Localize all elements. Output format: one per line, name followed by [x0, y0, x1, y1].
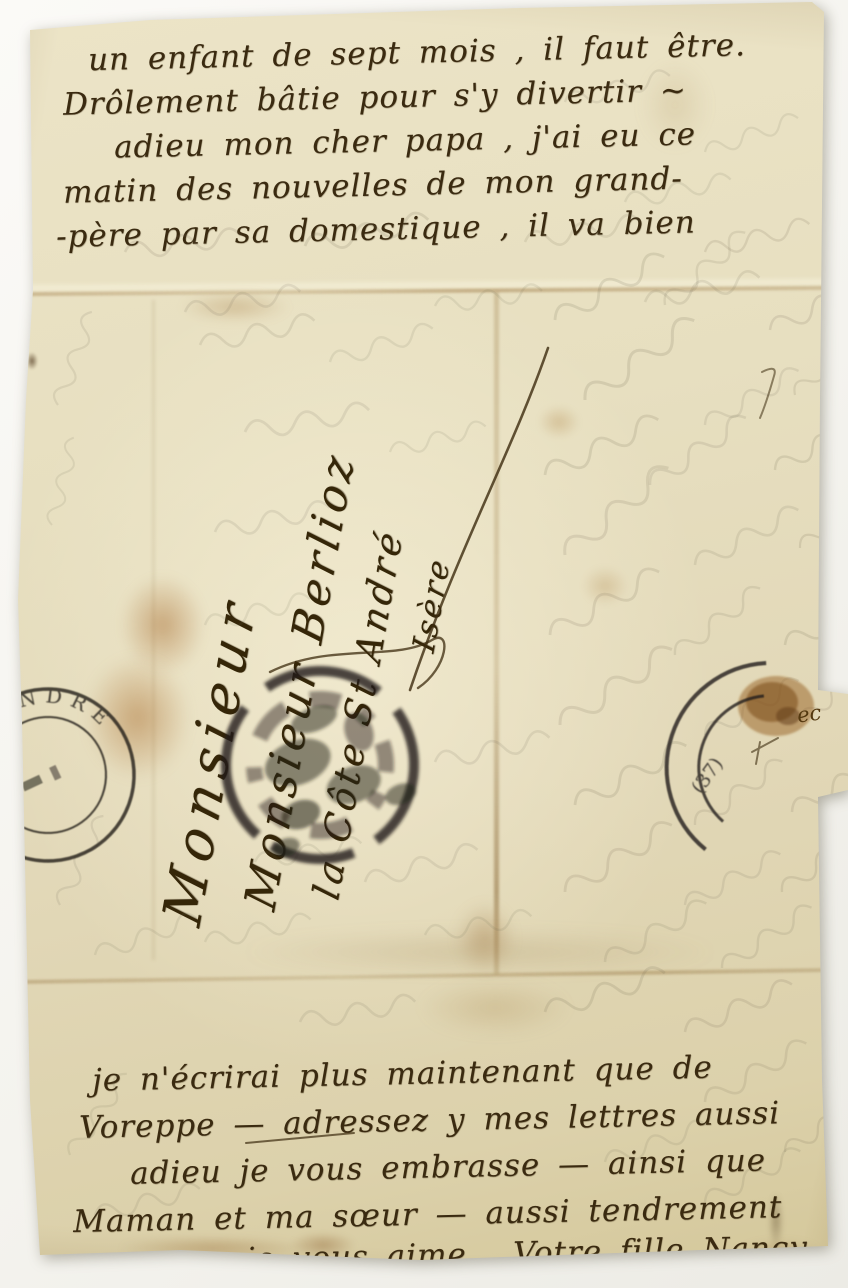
stain [85, 655, 190, 780]
ink-note: ec [795, 700, 822, 727]
right-postmark: (37) [642, 642, 774, 852]
svg-text:ST ANDRE: ST ANDRE [0, 654, 123, 796]
ink-speck [26, 352, 38, 370]
left-postmark: ST ANDRE [0, 654, 165, 889]
bottom-paragraph: je n'écrirai plus maintenant que de Vore… [70, 1042, 845, 1287]
stain [120, 575, 205, 675]
scanned-letter: Monsieur Monsieur Berlioz la Côte St And… [0, 0, 848, 1288]
fold-crease-top [0, 286, 848, 297]
top-paragraph: un enfant de sept mois , il faut être. D… [60, 21, 835, 258]
right-postmark-number: (37) [687, 753, 728, 797]
address-block: Monsieur Monsieur Berlioz la Côte St And… [151, 284, 629, 1020]
letter-paper: Monsieur Monsieur Berlioz la Côte St And… [0, 0, 848, 1288]
fold-highlight [0, 279, 848, 292]
fold-crease-left [152, 300, 155, 960]
left-postmark-text: ST ANDRE [0, 654, 123, 796]
